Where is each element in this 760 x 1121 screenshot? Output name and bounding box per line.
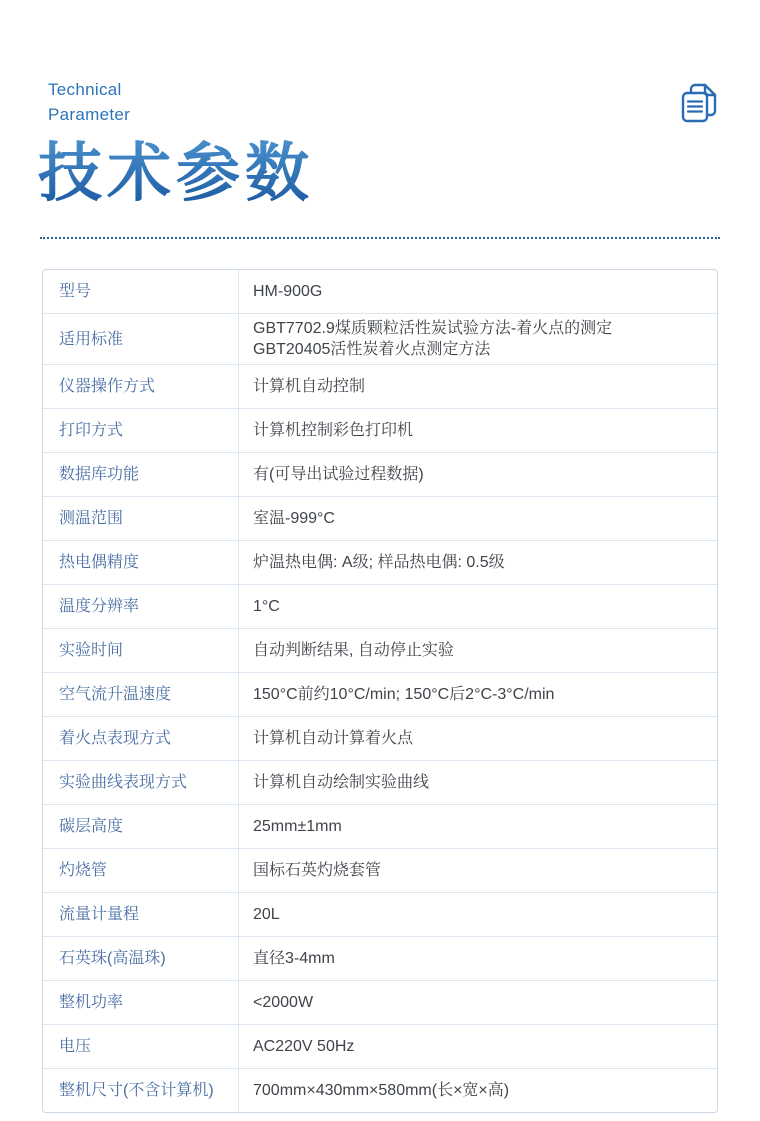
table-row: 仪器操作方式 计算机自动控制	[43, 364, 717, 408]
parameter-value: 直径3-4mm	[239, 937, 717, 980]
parameter-value: 150°C前约10°C/min; 150°C后2°C-3°C/min	[239, 673, 717, 716]
copy-document-icon	[676, 80, 722, 126]
parameter-name: 电压	[43, 1025, 239, 1068]
parameter-value: 计算机自动绘制实验曲线	[239, 761, 717, 804]
table-row: 数据库功能 有(可导出试验过程数据)	[43, 452, 717, 496]
parameter-value: HM-900G	[239, 270, 717, 313]
parameter-value: 炉温热电偶: A级; 样品热电偶: 0.5级	[239, 541, 717, 584]
table-row: 型号 HM-900G	[43, 270, 717, 313]
parameter-name: 石英珠(高温珠)	[43, 937, 239, 980]
table-row: 整机功率 <2000W	[43, 980, 717, 1024]
parameter-name: 整机功率	[43, 981, 239, 1024]
parameter-value: 20L	[239, 893, 717, 936]
parameter-value: 自动判断结果, 自动停止实验	[239, 629, 717, 672]
table-row: 打印方式 计算机控制彩色打印机	[43, 408, 717, 452]
table-row: 灼烧管 国标石英灼烧套管	[43, 848, 717, 892]
parameter-table: 型号 HM-900G 适用标准 GBT7702.9煤质颗粒活性炭试验方法-着火点…	[42, 269, 718, 1113]
parameter-value: 有(可导出试验过程数据)	[239, 453, 717, 496]
technical-parameter-page: Technical Parameter 技术参数 型号 HM-900G 适用标准…	[0, 0, 760, 1121]
parameter-value: 1°C	[239, 585, 717, 628]
parameter-value: 25mm±1mm	[239, 805, 717, 848]
parameter-value: 计算机自动计算着火点	[239, 717, 717, 760]
parameter-name: 打印方式	[43, 409, 239, 452]
table-row: 流量计量程 20L	[43, 892, 717, 936]
parameter-name: 仪器操作方式	[43, 365, 239, 408]
table-row: 石英珠(高温珠) 直径3-4mm	[43, 936, 717, 980]
parameter-name: 碳层高度	[43, 805, 239, 848]
parameter-value: GBT7702.9煤质颗粒活性炭试验方法-着火点的测定 GBT20405活性炭着…	[239, 314, 717, 364]
parameter-value: 700mm×430mm×580mm(长×宽×高)	[239, 1069, 717, 1112]
parameter-name: 数据库功能	[43, 453, 239, 496]
page-title: 技术参数	[38, 134, 314, 214]
parameter-name: 热电偶精度	[43, 541, 239, 584]
table-row: 着火点表现方式 计算机自动计算着火点	[43, 716, 717, 760]
parameter-name: 温度分辨率	[43, 585, 239, 628]
table-row: 实验曲线表现方式 计算机自动绘制实验曲线	[43, 760, 717, 804]
table-row: 电压 AC220V 50Hz	[43, 1024, 717, 1068]
table-row: 空气流升温速度 150°C前约10°C/min; 150°C后2°C-3°C/m…	[43, 672, 717, 716]
parameter-value: <2000W	[239, 981, 717, 1024]
table-row: 热电偶精度 炉温热电偶: A级; 样品热电偶: 0.5级	[43, 540, 717, 584]
parameter-name: 实验曲线表现方式	[43, 761, 239, 804]
table-row: 实验时间 自动判断结果, 自动停止实验	[43, 628, 717, 672]
parameter-name: 实验时间	[43, 629, 239, 672]
parameter-value: 室温-999°C	[239, 497, 717, 540]
parameter-name: 着火点表现方式	[43, 717, 239, 760]
table-row: 适用标准 GBT7702.9煤质颗粒活性炭试验方法-着火点的测定 GBT2040…	[43, 313, 717, 364]
table-row: 测温范围 室温-999°C	[43, 496, 717, 540]
parameter-value: 计算机控制彩色打印机	[239, 409, 717, 452]
parameter-value: 国标石英灼烧套管	[239, 849, 717, 892]
parameter-name: 测温范围	[43, 497, 239, 540]
table-row: 温度分辨率 1°C	[43, 584, 717, 628]
table-row: 碳层高度 25mm±1mm	[43, 804, 717, 848]
parameter-name: 适用标准	[43, 314, 239, 364]
dotted-divider	[40, 237, 720, 239]
parameter-name: 空气流升温速度	[43, 673, 239, 716]
parameter-name: 流量计量程	[43, 893, 239, 936]
parameter-value: 计算机自动控制	[239, 365, 717, 408]
table-row: 整机尺寸(不含计算机) 700mm×430mm×580mm(长×宽×高)	[43, 1068, 717, 1112]
parameter-name: 型号	[43, 270, 239, 313]
subtitle-english: Technical Parameter	[48, 77, 130, 127]
parameter-value: AC220V 50Hz	[239, 1025, 717, 1068]
parameter-name: 整机尺寸(不含计算机)	[43, 1069, 239, 1112]
parameter-name: 灼烧管	[43, 849, 239, 892]
